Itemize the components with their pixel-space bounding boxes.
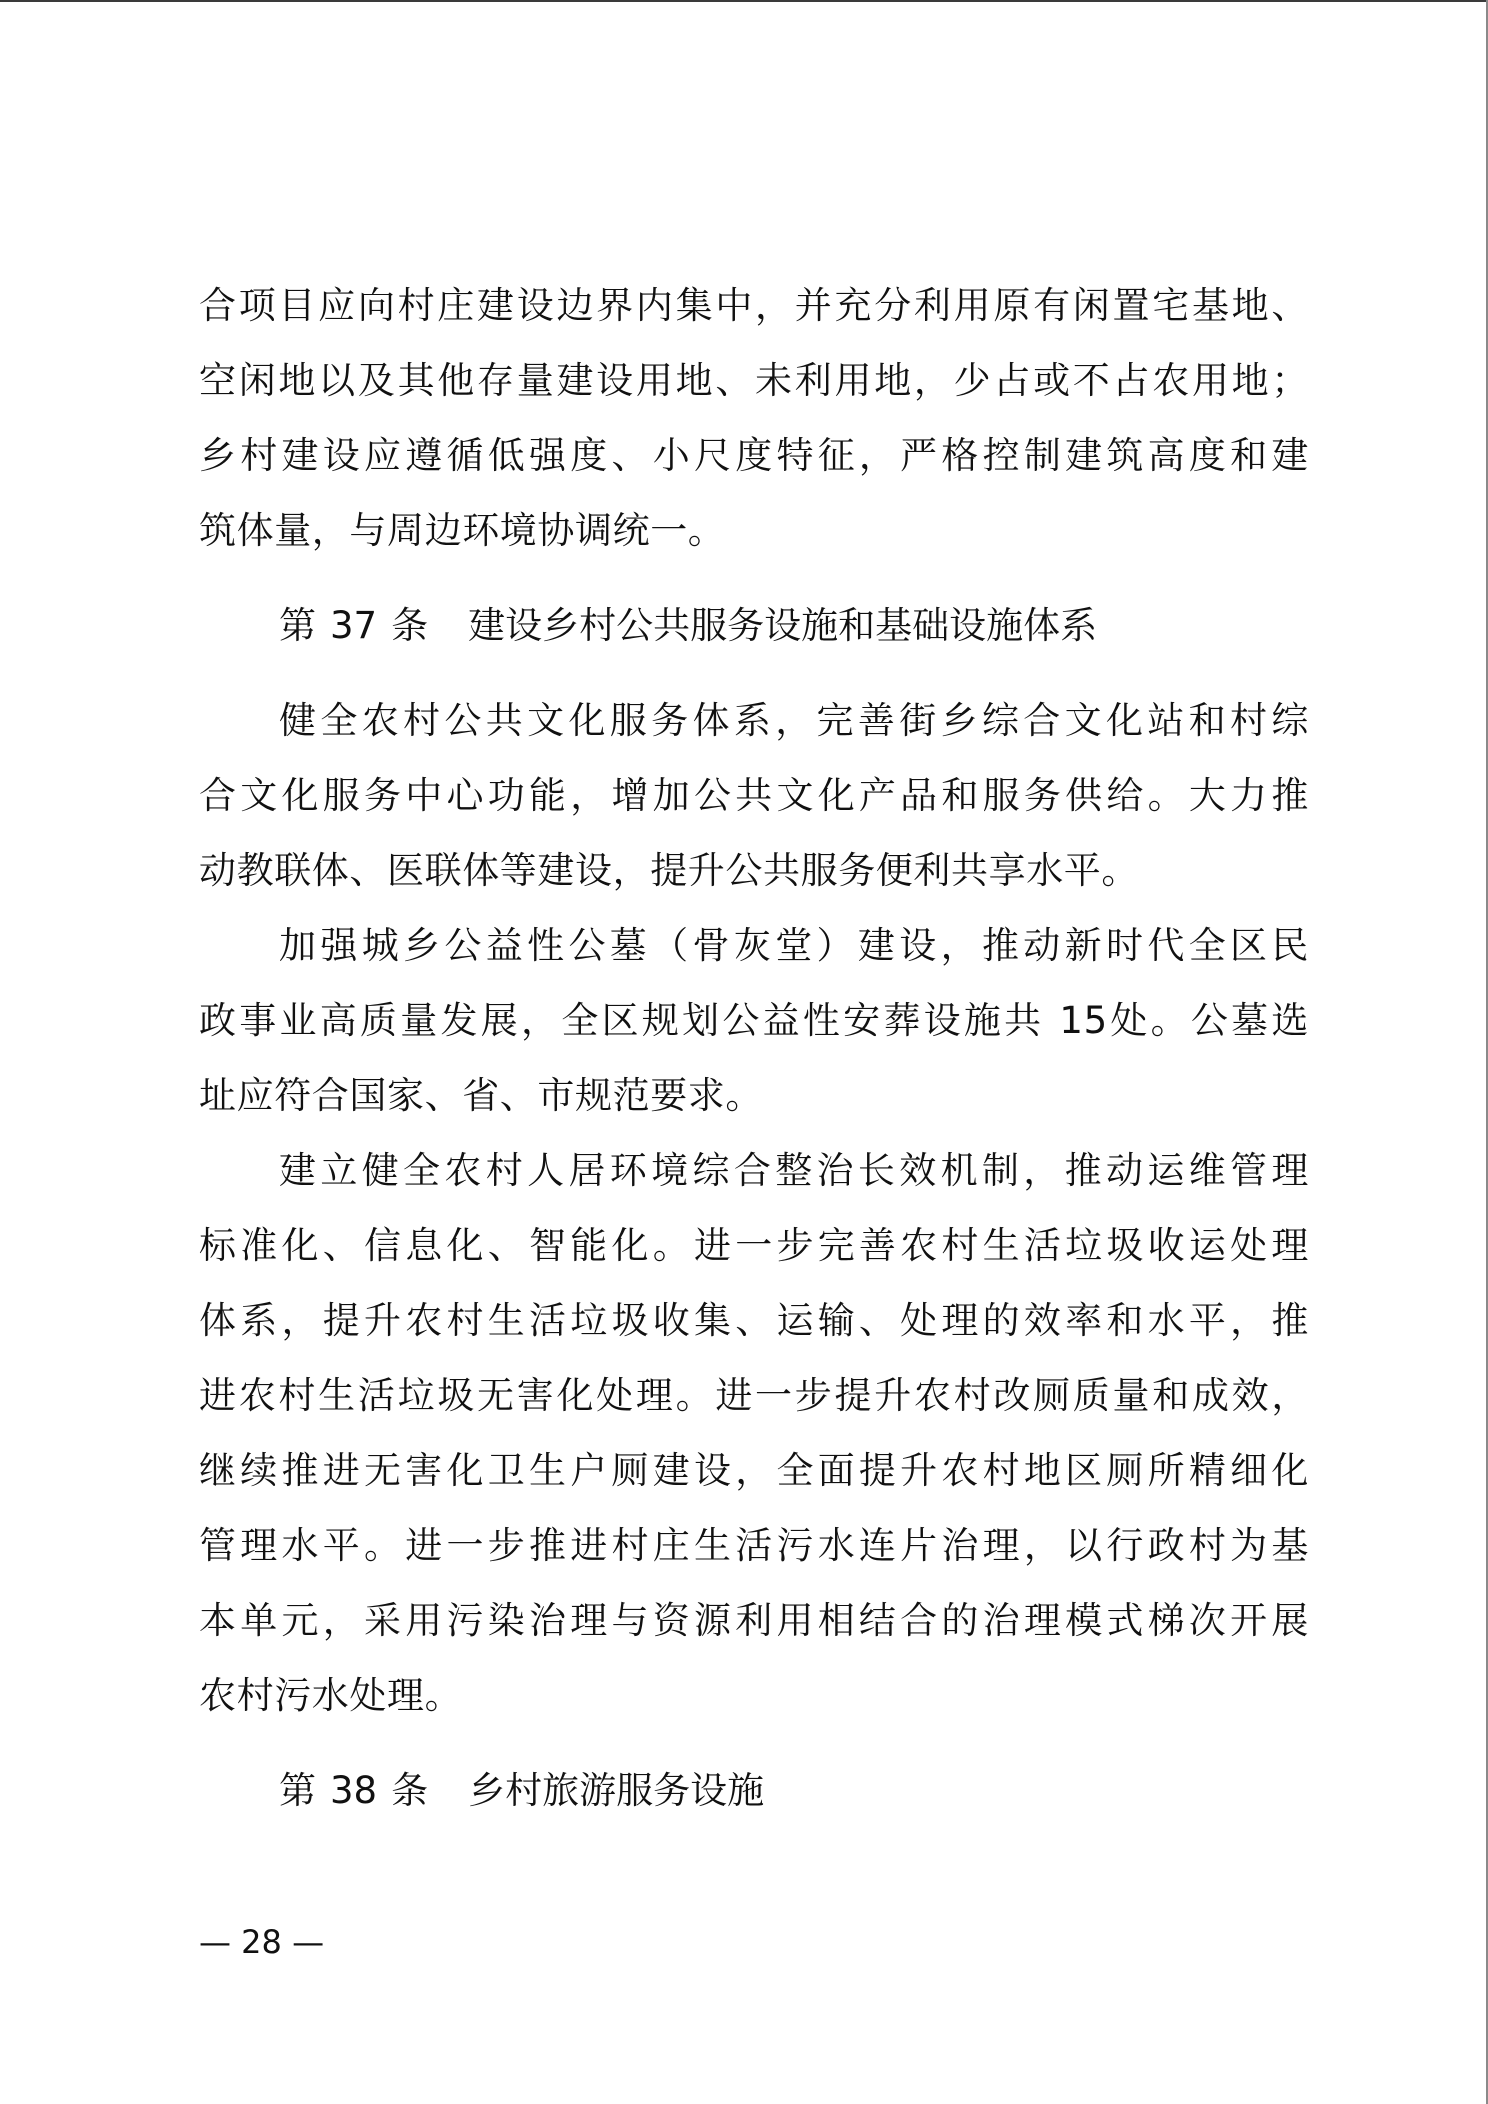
article-suffix: 条 <box>391 604 428 647</box>
article-title: 建设乡村公共服务设施和基础设施体系 <box>468 604 1097 647</box>
paragraph-line: 合文化服务中心功能，增加公共文化产品和服务供给。大力推 <box>199 774 1309 818</box>
text-line: 空闲地以及其他存量建设用地、未利用地，少占或不占农用地； <box>199 359 1309 403</box>
article-prefix: 第 <box>279 1769 316 1812</box>
paragraph-line: 加强城乡公益性公墓（骨灰堂）建设，推动新时代全区民 <box>279 924 1309 968</box>
text-line: 筑体量，与周边环境协调统一。 <box>199 509 1309 553</box>
article-number: 37 <box>330 604 377 648</box>
paragraph-line: 本单元，采用污染治理与资源利用相结合的治理模式梯次开展 <box>199 1599 1309 1643</box>
page-number: — 28 — <box>199 1922 324 1962</box>
paragraph-line: 继续推进无害化卫生户厕建设，全面提升农村地区厕所精细化 <box>199 1449 1309 1493</box>
paragraph-line: 建立健全农村人居环境综合整治长效机制，推动运维管理 <box>279 1149 1309 1193</box>
paragraph-line: 进农村生活垃圾无害化处理。进一步提升农村改厕质量和成效， <box>199 1374 1309 1418</box>
article-prefix: 第 <box>279 604 316 647</box>
document-page: 合项目应向村庄建设边界内集中，并充分利用原有闲置宅基地、 空闲地以及其他存量建设… <box>0 0 1486 2104</box>
text-line: 乡村建设应遵循低强度、小尺度特征，严格控制建筑高度和建 <box>199 434 1309 478</box>
paragraph-line: 管理水平。进一步推进村庄生活污水连片治理，以行政村为基 <box>199 1524 1309 1568</box>
article-suffix: 条 <box>391 1769 428 1812</box>
article-38-heading: 第38条乡村旅游服务设施 <box>279 1769 764 1813</box>
paragraph-line: 动教联体、医联体等建设，提升公共服务便利共享水平。 <box>199 849 1309 893</box>
paragraph-line: 体系，提升农村生活垃圾收集、运输、处理的效率和水平，推 <box>199 1299 1309 1343</box>
article-number: 38 <box>330 1769 377 1813</box>
paragraph-line: 标准化、信息化、智能化。进一步完善农村生活垃圾收运处理 <box>199 1224 1309 1268</box>
article-37-heading: 第37条建设乡村公共服务设施和基础设施体系 <box>279 604 1097 648</box>
paragraph-line: 址应符合国家、省、市规范要求。 <box>199 1074 1309 1118</box>
paragraph-line: 健全农村公共文化服务体系，完善街乡综合文化站和村综 <box>279 699 1309 743</box>
paragraph-line: 农村污水处理。 <box>199 1674 1309 1718</box>
article-title: 乡村旅游服务设施 <box>468 1769 764 1812</box>
paragraph-line: 政事业高质量发展，全区规划公益性安葬设施共 15处。公墓选 <box>199 999 1309 1043</box>
text-line: 合项目应向村庄建设边界内集中，并充分利用原有闲置宅基地、 <box>199 284 1309 328</box>
